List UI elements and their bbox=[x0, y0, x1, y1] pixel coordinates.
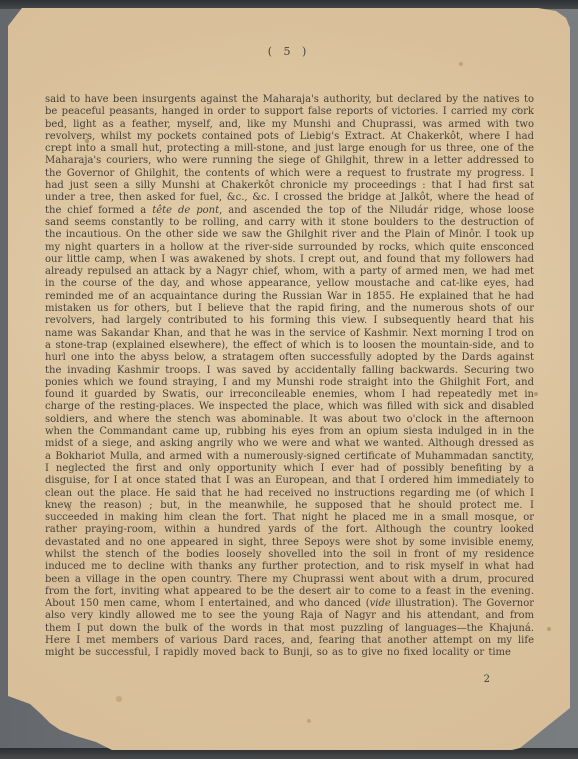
scanned-page-photo: ( 5 ) said to have been insurgents again… bbox=[0, 0, 578, 759]
book-page: ( 5 ) said to have been insurgents again… bbox=[8, 8, 570, 750]
body-paragraph: said to have been insurgents against the… bbox=[45, 94, 534, 674]
page-number-header: ( 5 ) bbox=[8, 45, 570, 58]
signature-mark: 2 bbox=[45, 674, 534, 685]
scan-edge-top bbox=[0, 0, 578, 9]
